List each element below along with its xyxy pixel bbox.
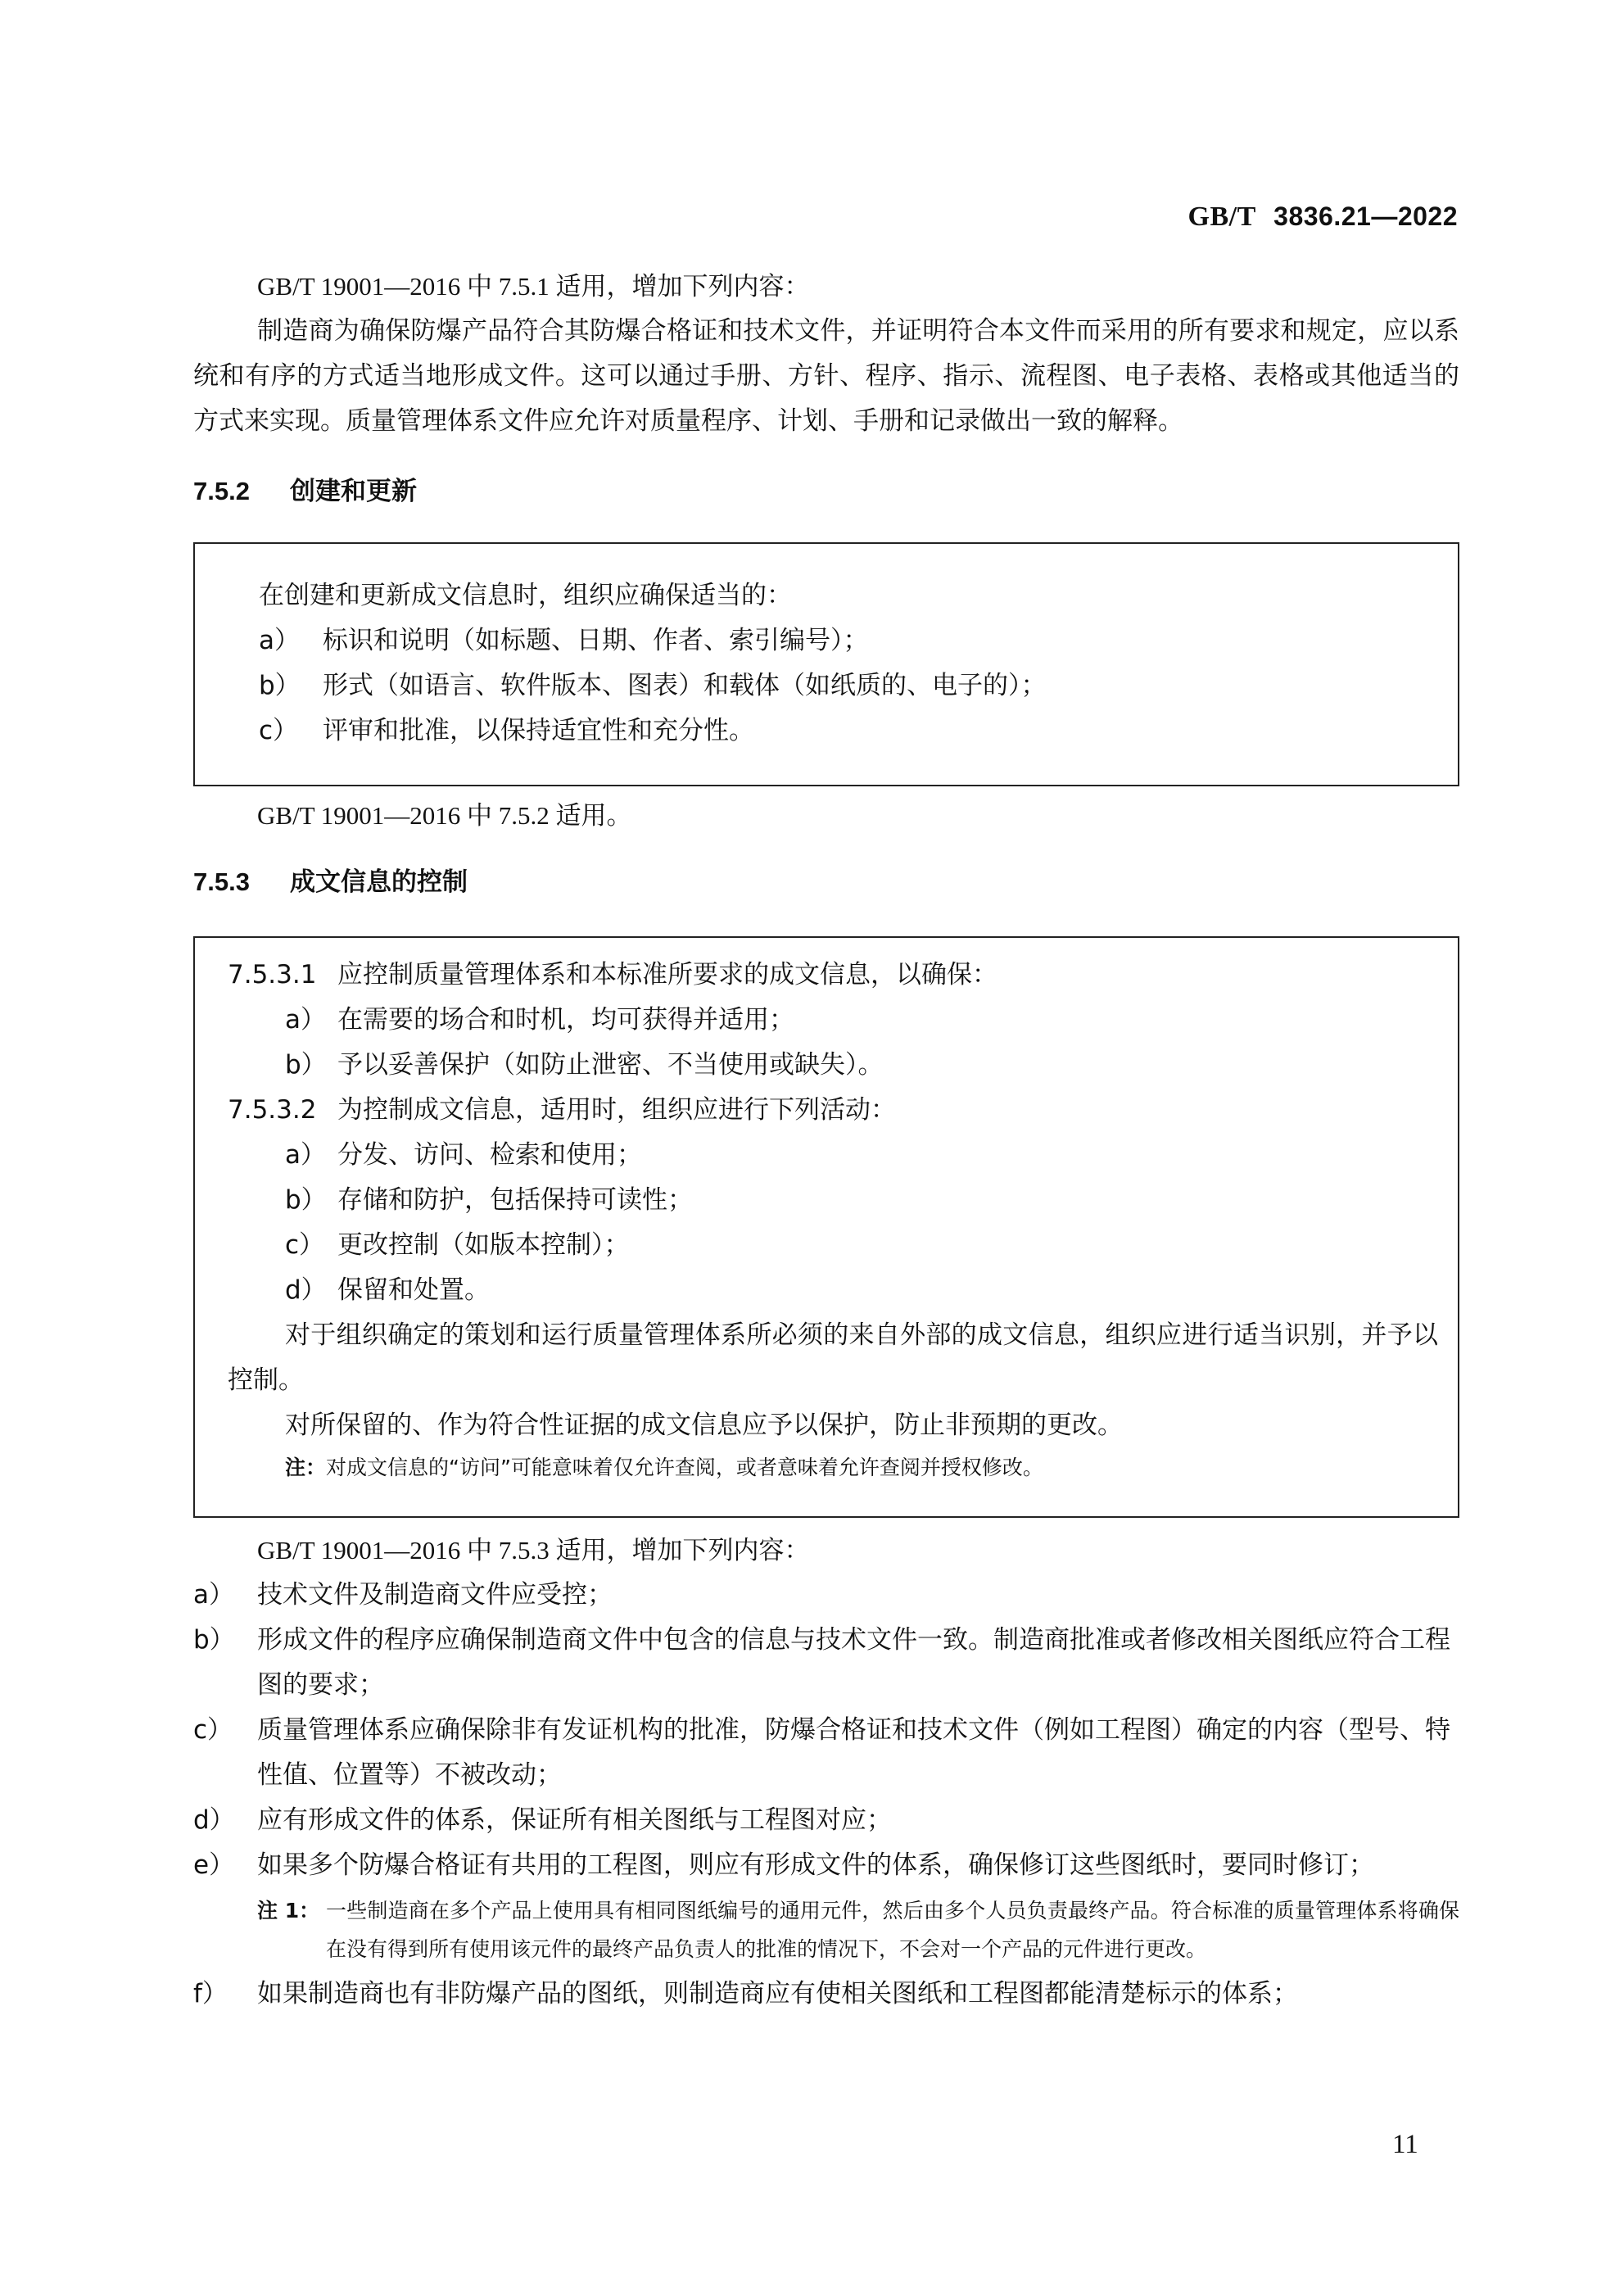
item-text: 应有形成文件的体系，保证所有相关图纸与工程图对应； [257,1798,1459,1843]
list-item: a） 标识和说明（如标题、日期、作者、索引编号）； [259,618,1458,663]
standard-number: 3836.21—2022 [1273,202,1458,231]
list-item: f） 如果制造商也有非防爆产品的图纸，则制造商应有使相关图纸和工程图都能清楚标示… [193,1972,1459,2017]
list-item: b） 存储和防护，包括保持可读性； [228,1178,1438,1223]
quoted-requirement-box-752: 在创建和更新成文信息时，组织应确保适当的： a） 标识和说明（如标题、日期、作者… [193,542,1459,786]
section-title: 创建和更新 [290,477,417,506]
item-text: 在需要的场合和时机，均可获得并适用； [337,998,1438,1043]
item-label: b） [259,663,323,709]
item-label: b） [285,1178,337,1223]
item-label: c） [259,709,323,754]
item-text: 保留和处置。 [337,1268,1438,1313]
item-label: a） [259,618,323,663]
list-item: a） 分发、访问、检索和使用； [228,1133,1438,1178]
ref-753: GB/T 19001—2016 中 7.5.3 适用，增加下列内容： [193,1528,1459,1573]
quoted-requirement-box-753: 7.5.3.1 应控制质量管理体系和本标准所要求的成文信息，以确保： a） 在需… [193,936,1459,1518]
item-text: 形式（如语言、软件版本、图表）和载体（如纸质的、电子的）； [323,663,1458,709]
clause-7531: 7.5.3.1 应控制质量管理体系和本标准所要求的成文信息，以确保： [228,953,1438,998]
list-item: a） 在需要的场合和时机，均可获得并适用； [228,998,1438,1043]
item-text: 如果多个防爆合格证有共用的工程图，则应有形成文件的体系，确保修订这些图纸时，要同… [257,1843,1459,1888]
item-label: c） [193,1708,257,1798]
item-text: 形成文件的程序应确保制造商文件中包含的信息与技术文件一致。制造商批准或者修改相关… [257,1618,1459,1708]
item-label: c） [285,1223,337,1268]
clause-number: 7.5.3.2 [228,1088,337,1133]
item-label: a） [285,998,337,1043]
clause-text: 应控制质量管理体系和本标准所要求的成文信息，以确保： [337,953,1438,998]
item-label: d） [285,1268,337,1313]
list-item: d） 应有形成文件的体系，保证所有相关图纸与工程图对应； [193,1798,1459,1843]
box-intro: 在创建和更新成文信息时，组织应确保适当的： [259,573,1458,618]
note-1: 注 1： 一些制造商在多个产品上使用具有相同图纸编号的通用元件，然后由多个人员负… [193,1891,1459,1968]
section-title: 成文信息的控制 [290,867,468,897]
clause-text: 为控制成文信息，适用时，组织应进行下列活动： [337,1088,1438,1133]
note-label: 注： [285,1456,326,1479]
item-label: a） [285,1133,337,1178]
item-label: d） [193,1798,257,1843]
section-heading-752: 7.5.2创建和更新 [193,469,1459,514]
list-item: c） 评审和批准，以保持适宜性和充分性。 [259,709,1458,754]
ref-751: GB/T 19001—2016 中 7.5.1 适用，增加下列内容： [193,264,1459,309]
clause-number: 7.5.3.1 [228,953,337,998]
paragraph-751: 制造商为确保防爆产品符合其防爆合格证和技术文件，并证明符合本文件而采用的所有要求… [193,309,1459,444]
note-text: 一些制造商在多个产品上使用具有相同图纸编号的通用元件，然后由多个人员负责最终产品… [326,1891,1459,1968]
list-item: c） 质量管理体系应确保除非有发证机构的批准，防爆合格证和技术文件（例如工程图）… [193,1708,1459,1798]
page-content: GB/T 19001—2016 中 7.5.1 适用，增加下列内容： 制造商为确… [193,264,1459,2017]
note-label: 注 1： [257,1891,326,1968]
list-item: e） 如果多个防爆合格证有共用的工程图，则应有形成文件的体系，确保修订这些图纸时… [193,1843,1459,1888]
clause-7532: 7.5.3.2 为控制成文信息，适用时，组织应进行下列活动： [228,1088,1438,1133]
page-number: 11 [1392,2130,1418,2160]
note-text: 对成文信息的“访问”可能意味着仅允许查阅，或者意味着允许查阅并授权修改。 [326,1456,1043,1479]
note: 注：对成文信息的“访问”可能意味着仅允许查阅，或者意味着允许查阅并授权修改。 [228,1448,1438,1487]
paragraph-external-info: 对于组织确定的策划和运行质量管理体系所必须的来自外部的成文信息，组织应进行适当识… [228,1313,1438,1403]
list-item: d） 保留和处置。 [228,1268,1438,1313]
standard-prefix: GB/T [1188,202,1256,232]
item-text: 更改控制（如版本控制）； [337,1223,1438,1268]
item-text: 标识和说明（如标题、日期、作者、索引编号）； [323,618,1458,663]
list-item: c） 更改控制（如版本控制）； [228,1223,1438,1268]
list-item: b） 形成文件的程序应确保制造商文件中包含的信息与技术文件一致。制造商批准或者修… [193,1618,1459,1708]
section-number: 7.5.3 [193,859,290,904]
item-text: 存储和防护，包括保持可读性； [337,1178,1438,1223]
paragraph-retained-info: 对所保留的、作为符合性证据的成文信息应予以保护，防止非预期的更改。 [228,1403,1438,1448]
list-item: b） 形式（如语言、软件版本、图表）和载体（如纸质的、电子的）； [259,663,1458,709]
item-text: 质量管理体系应确保除非有发证机构的批准，防爆合格证和技术文件（例如工程图）确定的… [257,1708,1459,1798]
list-item: a） 技术文件及制造商文件应受控； [193,1573,1459,1618]
item-label: b） [285,1043,337,1088]
item-label: e） [193,1843,257,1888]
section-heading-753: 7.5.3成文信息的控制 [193,859,1459,905]
item-text: 技术文件及制造商文件应受控； [257,1573,1459,1618]
item-text: 予以妥善保护（如防止泄密、不当使用或缺失）。 [337,1043,1438,1088]
item-text: 分发、访问、检索和使用； [337,1133,1438,1178]
item-text: 评审和批准，以保持适宜性和充分性。 [323,709,1458,754]
item-text: 如果制造商也有非防爆产品的图纸，则制造商应有使相关图纸和工程图都能清楚标示的体系… [257,1972,1459,2017]
item-label: b） [193,1618,257,1708]
section-number: 7.5.2 [193,469,290,514]
item-label: a） [193,1573,257,1618]
item-label: f） [193,1972,257,2017]
list-item: b） 予以妥善保护（如防止泄密、不当使用或缺失）。 [228,1043,1438,1088]
ref-752: GB/T 19001—2016 中 7.5.2 适用。 [193,793,1459,838]
page-header: GB/T 3836.21—2022 [1188,202,1459,233]
